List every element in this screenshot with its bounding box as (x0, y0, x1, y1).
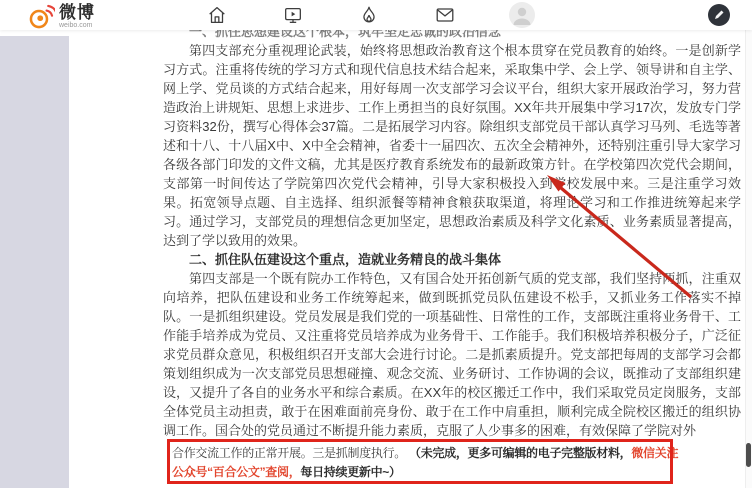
weibo-logo[interactable]: 微博 weibo.com (28, 2, 95, 30)
weibo-eye-icon (28, 3, 55, 30)
weibo-page: 一、抓住思想建设这个根本，筑牢坚定忠诚的政治信念 第四支部充分重视理论武装，始终… (0, 0, 752, 488)
left-gutter (0, 36, 69, 488)
compose-icon[interactable] (708, 4, 730, 26)
paragraph-1: 第四支部充分重视理论武装，始终将思想政治教育这个根本贯穿在党员教育的始终。一是创… (163, 41, 741, 250)
promo-update-note: 每日持续更新中~） (300, 465, 400, 479)
paragraph-2: 第四支部是一个既有院办工作特色，又有国合处开拓创新气质的党支部，我们坚持两抓，注… (163, 269, 741, 440)
weibo-logo-subtitle: weibo.com (59, 22, 95, 29)
video-icon[interactable] (281, 4, 304, 27)
document-body: 一、抓住思想建设这个根本，筑牢坚定忠诚的政治信念 第四支部充分重视理论武装，始终… (163, 22, 741, 440)
promo-doc-tail: 合作交流工作的正常开展。三是抓制度执行。 (172, 446, 406, 460)
top-navigation-bar: 微博 weibo.com (0, 0, 752, 30)
promo-wechat-lead: 微信关注 (631, 446, 678, 460)
pen-glyph-icon (713, 9, 725, 21)
promo-wechat-account: 公众号“百合公文”查阅， (172, 465, 300, 479)
promo-text: 合作交流工作的正常开展。三是抓制度执行。 （未完成，更多可编辑的电子完整版材料，… (172, 444, 680, 482)
scrollbar-track[interactable] (745, 30, 752, 488)
nav-icon-group (205, 0, 535, 30)
home-icon[interactable] (205, 4, 228, 27)
promo-unfinished-note: （未完成，更多可编辑的电子完整版材料， (406, 446, 631, 460)
weibo-logo-title: 微博 (59, 4, 95, 21)
hot-flame-icon[interactable] (357, 4, 380, 27)
scrollbar-thumb[interactable] (746, 443, 751, 467)
section-heading-2: 二、抓住队伍建设这个重点，造就业务精良的战斗集体 (163, 250, 741, 269)
message-envelope-icon[interactable] (433, 4, 456, 27)
avatar[interactable] (509, 2, 535, 28)
